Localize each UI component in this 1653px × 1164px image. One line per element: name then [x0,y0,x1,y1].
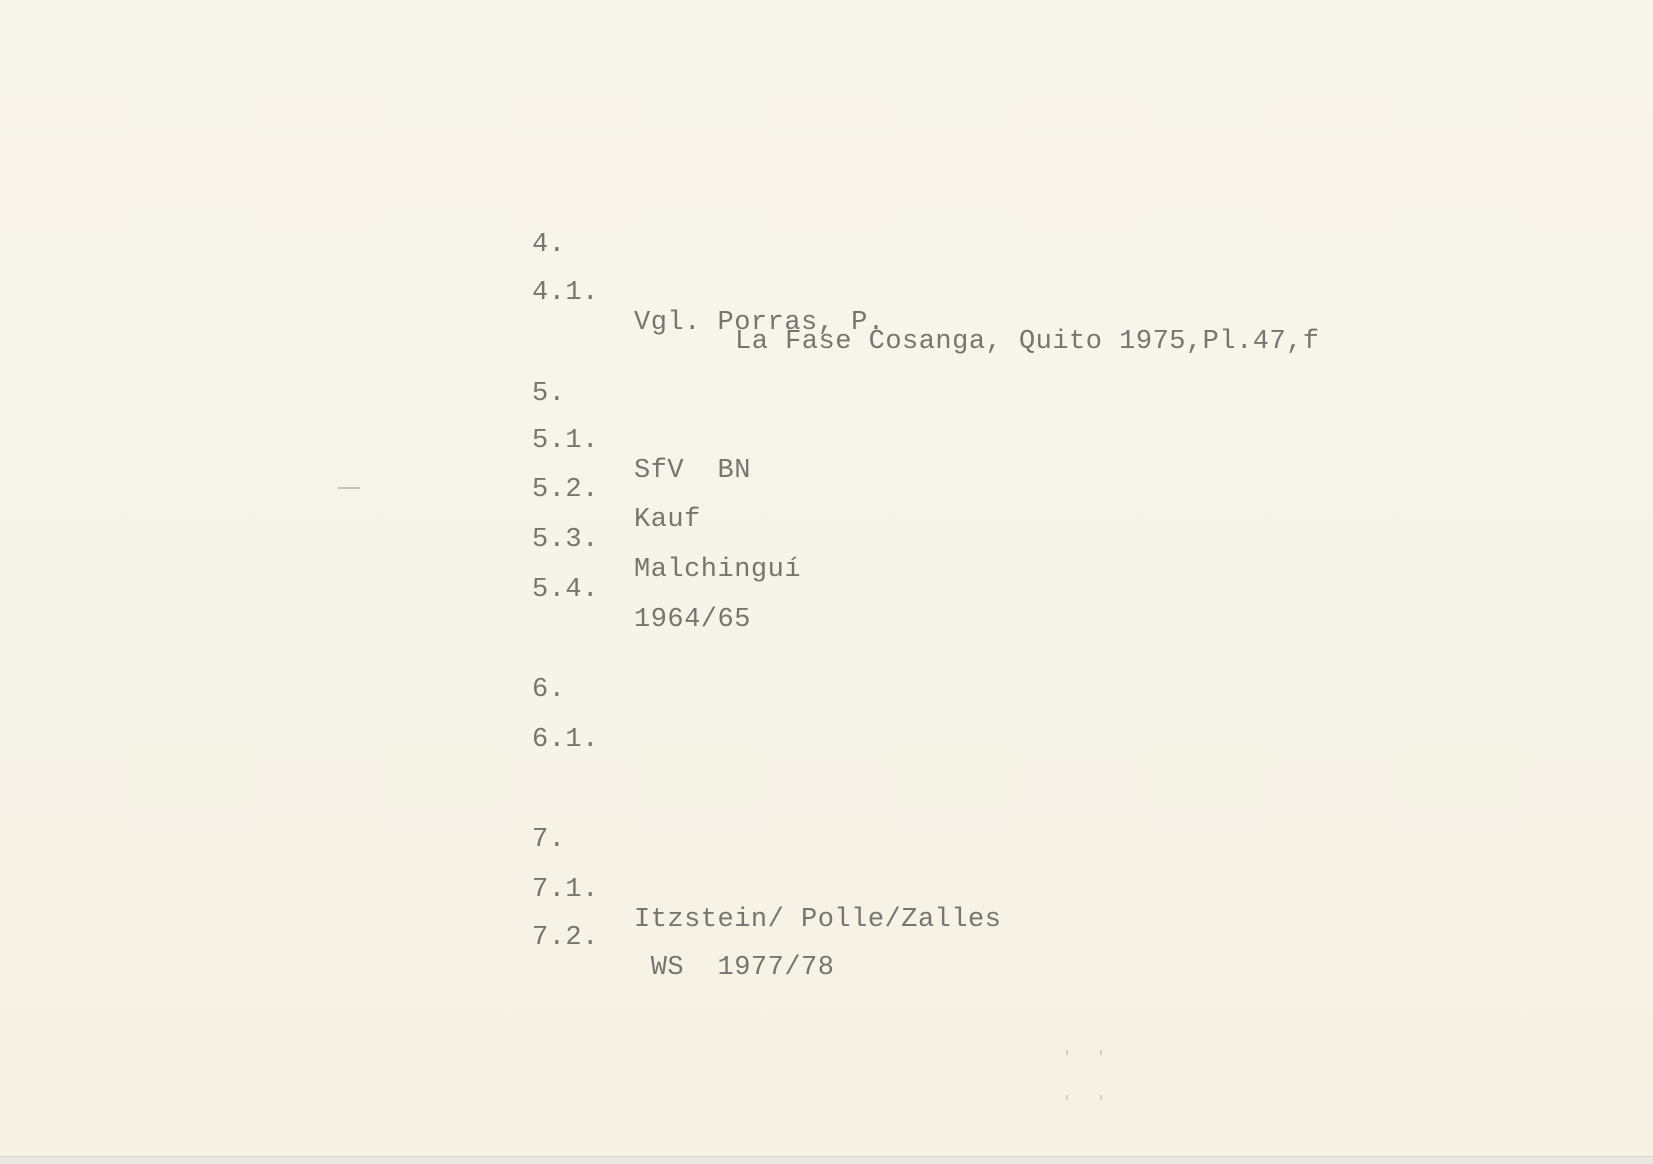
entry-6-1: 6.1. [0,695,67,785]
entry-text: Malchinguí [634,555,801,585]
entry-text: WS 1977/78 [634,953,834,983]
entry-number: 6. [532,675,565,705]
entry-number: 5.2. [532,475,599,505]
entry-text: Kauf [634,505,701,535]
entry-text: 1964/65 [634,605,751,635]
paper-mark [1100,1095,1102,1100]
entry-number: 5.4. [532,575,599,605]
entry-number: 6.1. [532,725,599,755]
entry-7-2: 7.2. WS 1977/78 [0,893,67,1013]
entry-number: 5. [532,379,565,409]
entry-number: 7. [532,825,565,855]
entry-number: 5.1. [532,426,599,456]
paper-mark [1066,1050,1068,1055]
index-card: 4. 4.1. Vgl. Porras, P. La Fase Cosanga,… [0,0,1653,1158]
entry-number: 4. [532,230,565,260]
entry-text: La Fase Cosanga, Quito 1975,Pl.47,f [735,327,1320,357]
paper-mark [1066,1095,1068,1100]
paper-mark [338,487,360,489]
entry-text: Itzstein/ Polle/Zalles [634,905,1001,935]
card-bottom-edge [0,1156,1653,1164]
entry-number: 7.1. [532,875,599,905]
entry-number: 7.2. [532,923,599,953]
entry-number: 4.1. [532,278,599,308]
entry-text: SfV BN [634,456,751,486]
entry-number: 5.3. [532,525,599,555]
paper-mark [1100,1050,1102,1055]
